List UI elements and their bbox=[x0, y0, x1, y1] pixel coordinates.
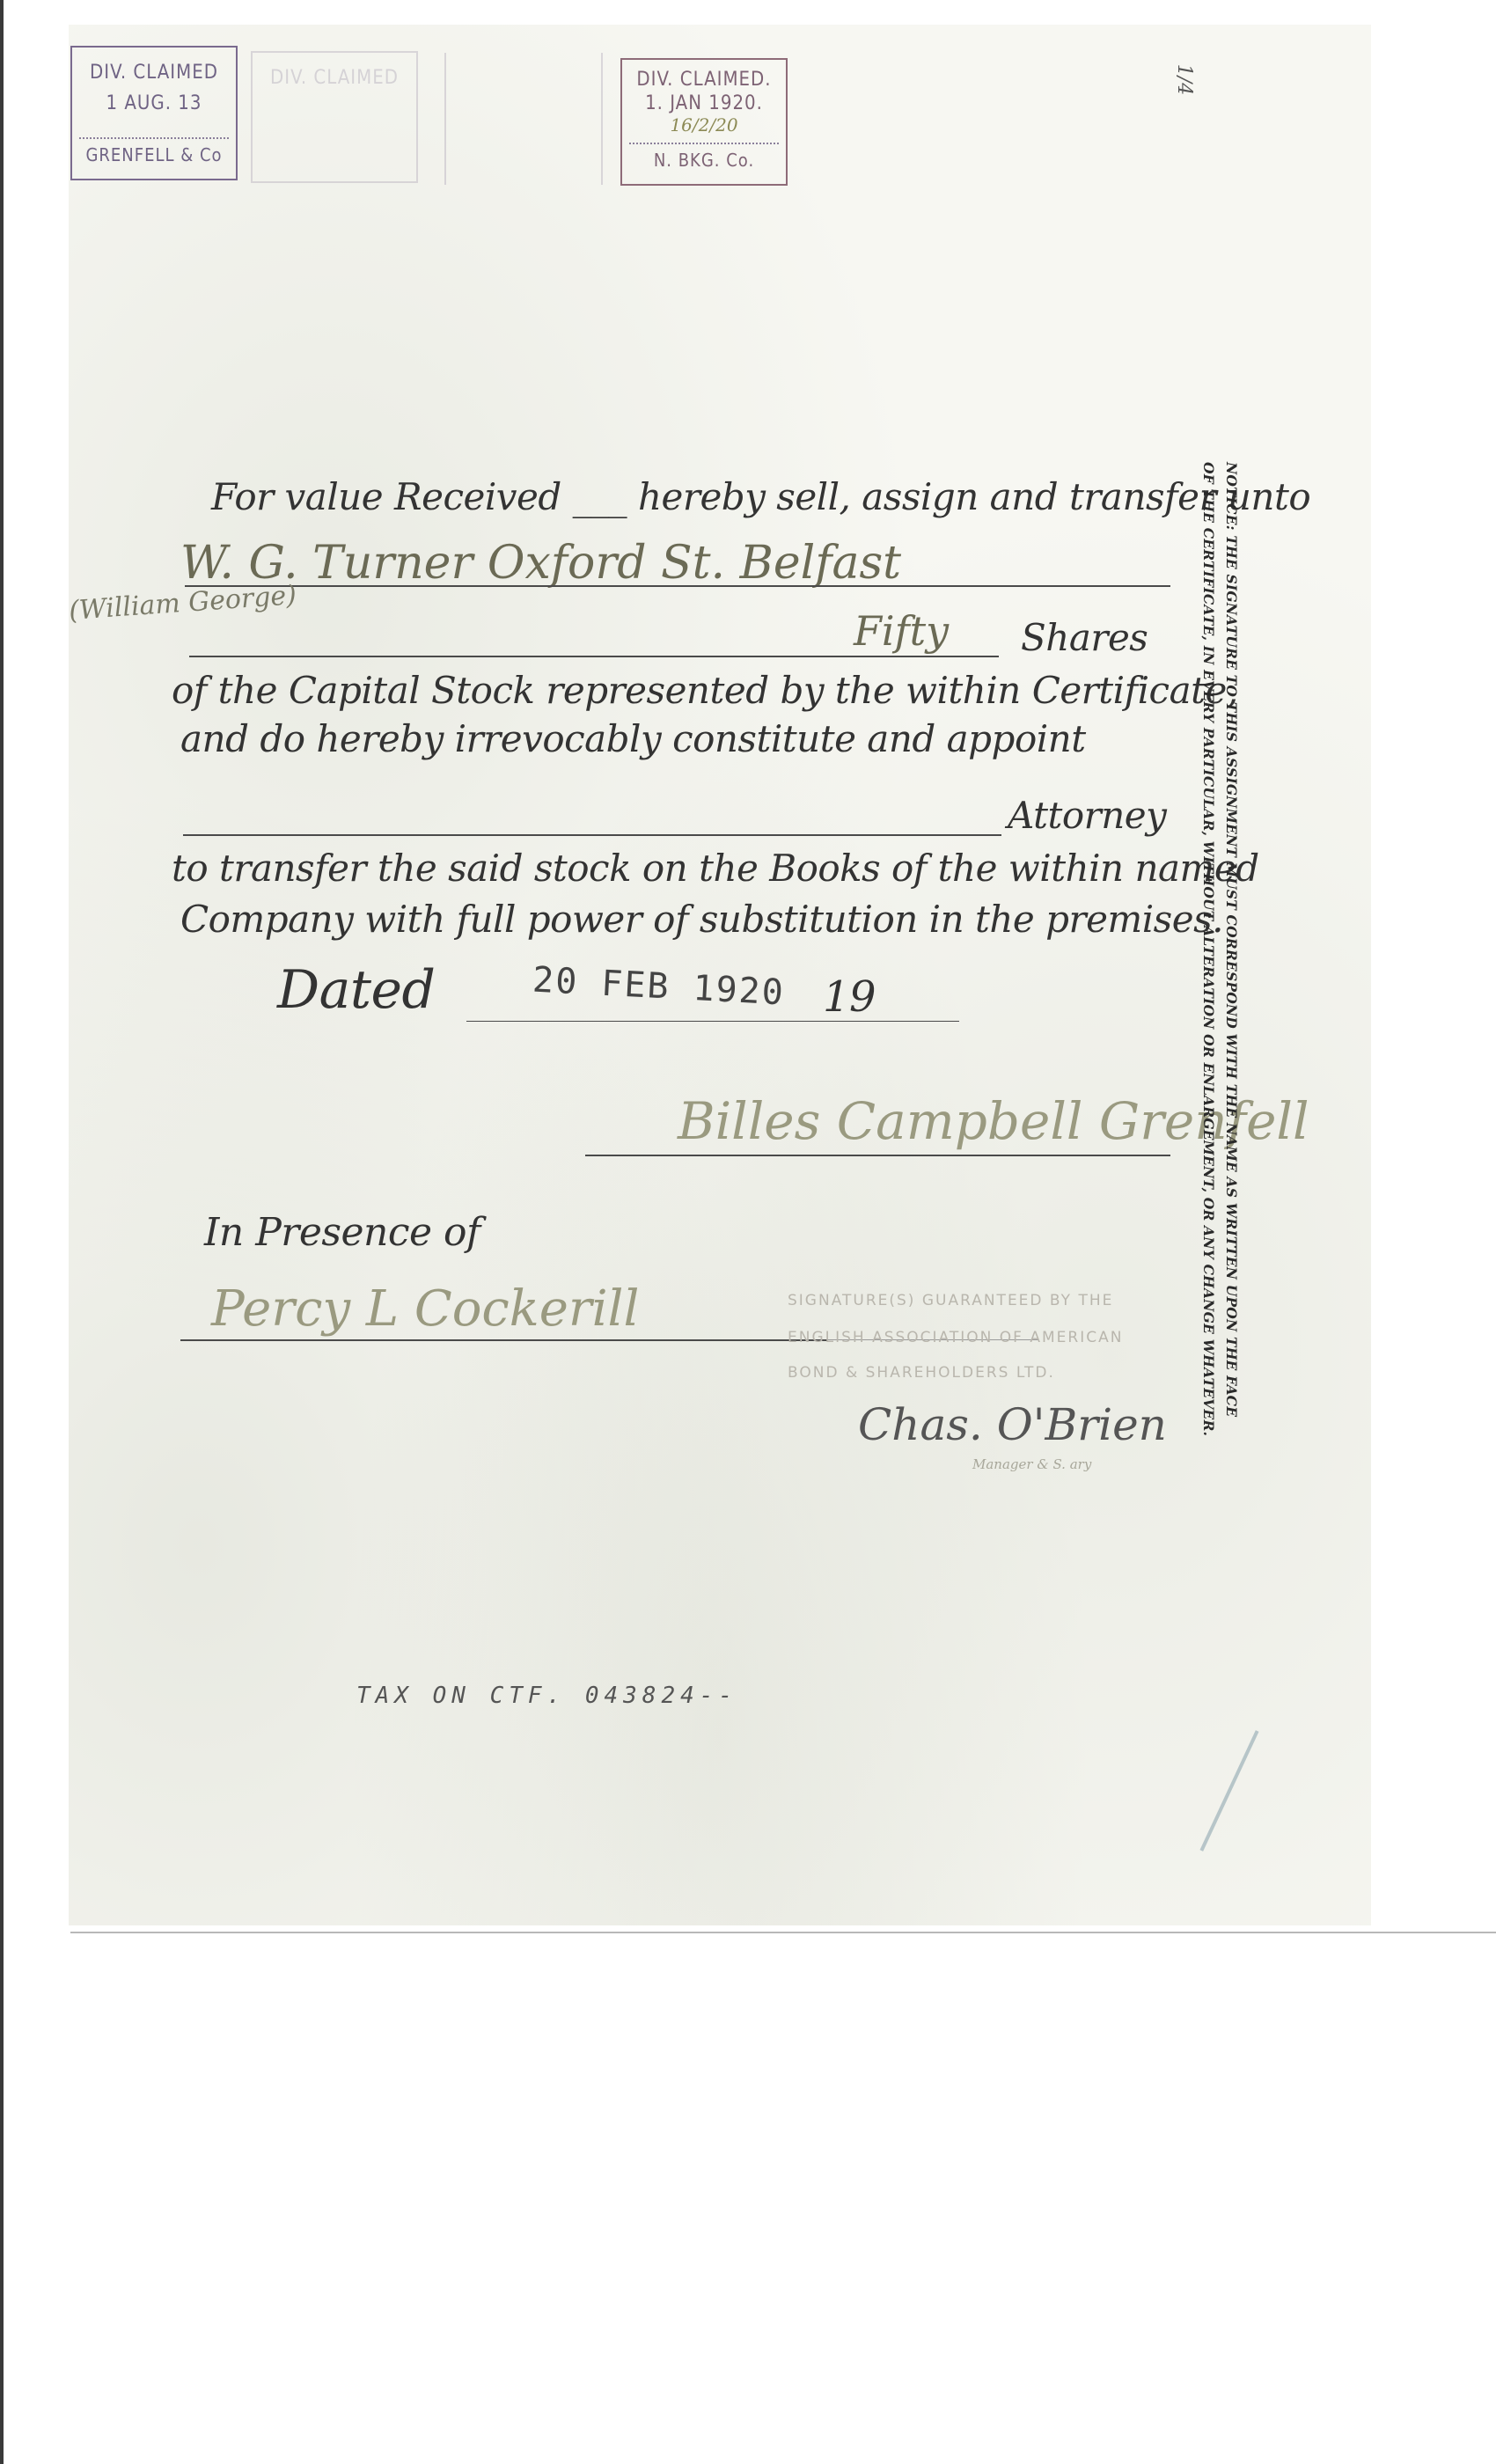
dividend-stamp-nbkg: DIV. CLAIMED. 1. JAN 1920. 16/2/20 N. BK… bbox=[620, 58, 788, 186]
dividend-stamp-faded-2 bbox=[444, 53, 603, 185]
shares-label: Shares bbox=[1021, 616, 1148, 659]
witness-signature: Percy L Cockerill bbox=[211, 1280, 639, 1338]
guarantee-stamp-line-3: BOND & SHAREHOLDERS LTD. bbox=[788, 1364, 1055, 1382]
stamp-title: DIV. CLAIMED. bbox=[622, 69, 786, 91]
assignment-line-3: of the Capital Stock represented by the … bbox=[172, 669, 1238, 712]
stamp-title: DIV. CLAIMED bbox=[253, 67, 416, 89]
date-line bbox=[466, 1021, 959, 1022]
dividend-stamp-faded-1: DIV. CLAIMED bbox=[251, 51, 418, 183]
notice-line-2: OF THE CERTIFICATE, IN EVERY PARTICULAR,… bbox=[1197, 462, 1220, 1456]
witness-signature-line bbox=[180, 1339, 827, 1341]
year-prefix: 19 bbox=[823, 972, 876, 1022]
assignment-line-6: to transfer the said stock on the Books … bbox=[172, 847, 1259, 890]
stamp-divider bbox=[629, 143, 779, 144]
transferee-line bbox=[185, 585, 1170, 587]
witness-label: In Presence of bbox=[204, 1210, 480, 1255]
assignment-line-1: For value Received ___ hereby sell, assi… bbox=[211, 475, 1310, 518]
stamp-date: 1 AUG. 13 bbox=[72, 92, 236, 114]
guarantee-stamp-line-2: ENGLISH ASSOCIATION OF AMERICAN bbox=[788, 1329, 1123, 1346]
corner-pencil-mark: 1/4 bbox=[1173, 64, 1195, 95]
stamp-issuer: GRENFELL & Co bbox=[72, 144, 236, 165]
notice-line-1: NOTICE: THE SIGNATURE TO THIS ASSIGNMENT… bbox=[1220, 462, 1243, 1456]
attorney-label: Attorney bbox=[1008, 794, 1166, 837]
assignor-signature-line bbox=[585, 1155, 1170, 1156]
tax-certificate-line: TAX ON CTF. 043824-- bbox=[356, 1683, 737, 1709]
stamp-handwritten-date: 16/2/20 bbox=[622, 114, 786, 137]
attorney-line bbox=[183, 834, 1001, 836]
signature-notice: NOTICE: THE SIGNATURE TO THIS ASSIGNMENT… bbox=[1190, 462, 1243, 1456]
guarantor-title: Manager & S. ary bbox=[972, 1456, 1091, 1472]
assignment-line-7: Company with full power of substitution … bbox=[180, 898, 1223, 941]
guarantee-stamp-line-1: SIGNATURE(S) GUARANTEED BY THE bbox=[788, 1292, 1113, 1309]
scan-edge bbox=[0, 0, 4, 2464]
guarantor-signature: Chas. O'Brien bbox=[858, 1399, 1167, 1450]
stamp-title: DIV. CLAIMED bbox=[72, 62, 236, 84]
shares-line bbox=[189, 656, 999, 657]
shares-quantity: Fifty bbox=[854, 607, 949, 655]
stamp-date: 1. JAN 1920. bbox=[622, 92, 786, 114]
assignment-line-4: and do hereby irrevocably constitute and… bbox=[180, 717, 1086, 760]
scan-bottom-edge bbox=[70, 1932, 1496, 1933]
stamp-issuer: N. BKG. Co. bbox=[622, 150, 786, 171]
dated-label: Dated bbox=[277, 959, 435, 1021]
stamp-divider bbox=[79, 137, 229, 139]
dividend-stamp-grenfell: DIV. CLAIMED 1 AUG. 13 GRENFELL & Co bbox=[70, 46, 238, 180]
